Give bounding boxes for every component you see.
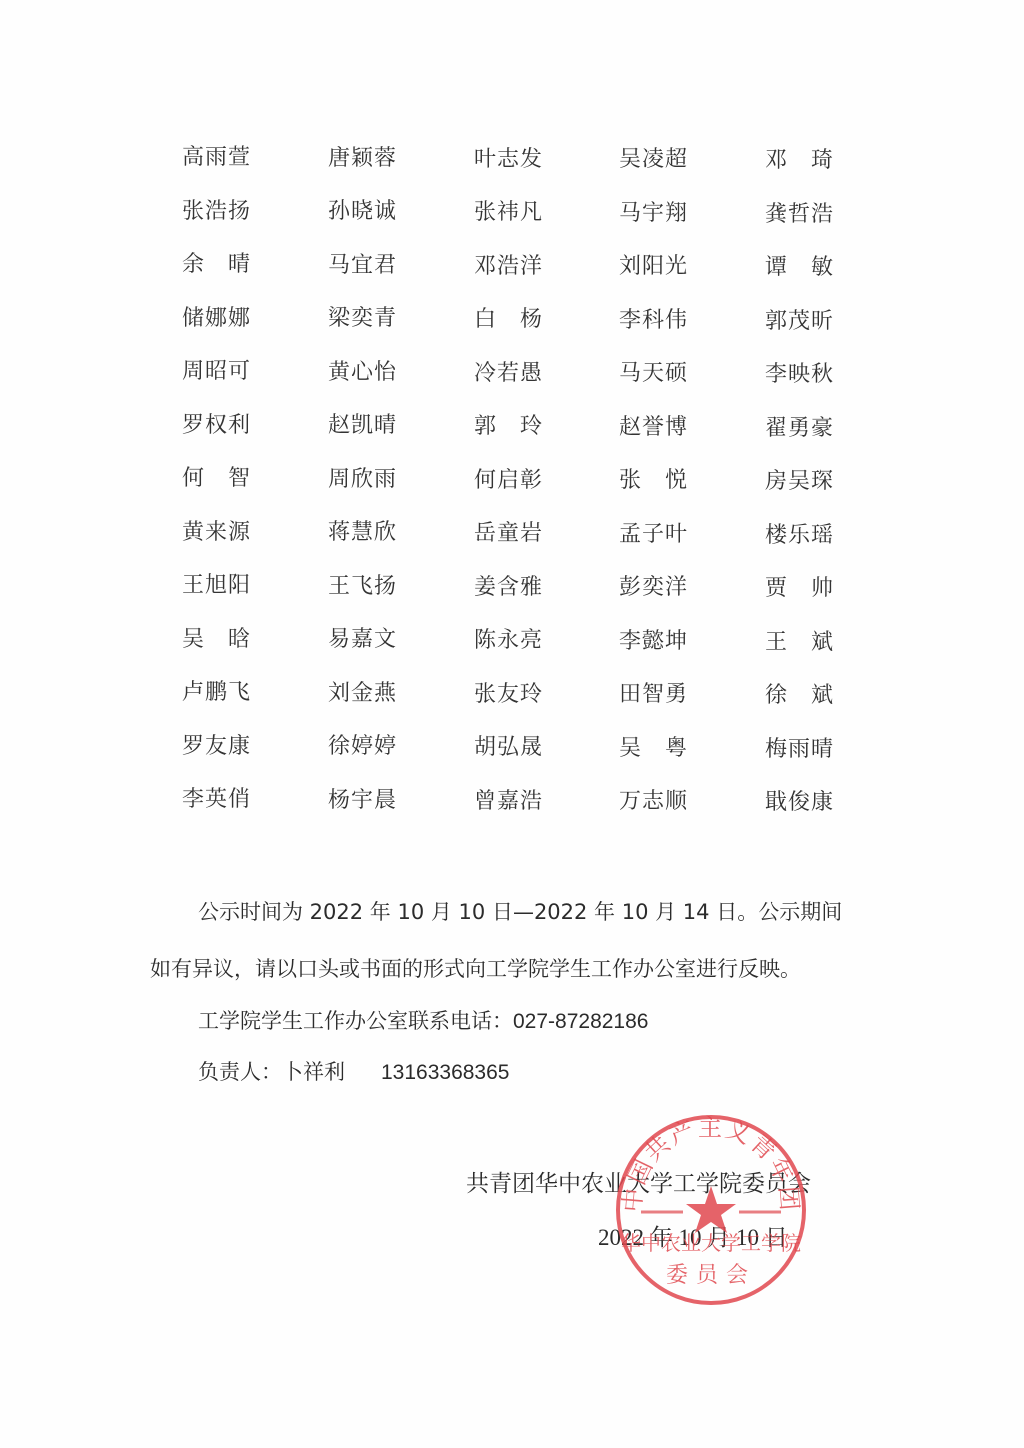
responsible-phone: 13163368365: [381, 1061, 509, 1084]
names-row: 王旭阳王飞扬姜含雅彭奕洋贾 帅: [0, 566, 1024, 606]
name-cell: 张友玲: [474, 675, 543, 715]
name-cell: 张 悦: [619, 461, 688, 501]
name-cell: 龚哲浩: [765, 195, 834, 235]
names-row: 何 智周欣雨何启彰张 悦房吴琛: [0, 459, 1024, 499]
name-cell: 张祎凡: [474, 193, 543, 233]
name-cell: 梁奕青: [328, 299, 397, 339]
name-cell: 余 晴: [182, 245, 251, 285]
name-cell: 曾嘉浩: [474, 782, 543, 822]
name-cell: 黄来源: [182, 513, 251, 553]
name-cell: 刘金燕: [328, 674, 397, 714]
name-cell: 罗权利: [182, 406, 251, 446]
name-cell: 李科伟: [619, 301, 688, 341]
name-cell: 谭 敏: [765, 248, 834, 288]
names-row: 高雨萱唐颖蓉叶志发吴凌超邓 琦: [0, 138, 1024, 178]
document-page: 高雨萱唐颖蓉叶志发吴凌超邓 琦张浩扬孙晓诚张祎凡马宇翔龚哲浩余 晴马宜君邓浩洋刘…: [0, 0, 1024, 1448]
name-cell: 赵凯晴: [328, 406, 397, 446]
names-row: 卢鹏飞刘金燕张友玲田智勇徐 斌: [0, 673, 1024, 713]
notice-line-2: 如有异议，请以口头或书面的形式向工学院学生工作办公室进行反映。: [150, 954, 801, 984]
name-cell: 徐婷婷: [328, 727, 397, 767]
name-cell: 邓 琦: [765, 141, 834, 181]
names-row: 李英俏杨宇晨曾嘉浩万志顺戢俊康: [0, 780, 1024, 820]
contact-line: 工学院学生工作办公室联系电话：027-87282186: [198, 1006, 648, 1037]
name-cell: 郭 玲: [474, 407, 543, 447]
seal-inner-text: 华中农业大学工学院: [621, 1231, 801, 1255]
names-row: 吴 晗易嘉文陈永亮李懿坤王 斌: [0, 620, 1024, 660]
name-cell: 罗友康: [182, 727, 251, 767]
name-cell: 张浩扬: [182, 192, 251, 232]
name-cell: 田智勇: [619, 675, 688, 715]
name-cell: 赵誉博: [619, 408, 688, 448]
name-cell: 吴 晗: [182, 620, 251, 660]
responsible-label: 负责人：: [198, 1060, 282, 1084]
name-cell: 刘阳光: [619, 247, 688, 287]
name-cell: 高雨萱: [182, 138, 251, 178]
name-cell: 郭茂昕: [765, 302, 834, 342]
name-cell: 卢鹏飞: [182, 673, 251, 713]
name-cell: 胡弘晟: [474, 728, 543, 768]
name-cell: 周昭可: [182, 352, 251, 392]
names-row: 罗权利赵凯晴郭 玲赵誉博翟勇豪: [0, 406, 1024, 446]
name-cell: 陈永亮: [474, 621, 543, 661]
name-cell: 唐颖蓉: [328, 139, 397, 179]
contact-phone: 027-87282186: [513, 1010, 648, 1033]
name-cell: 彭奕洋: [619, 568, 688, 608]
name-cell: 易嘉文: [328, 620, 397, 660]
name-cell: 马天硕: [619, 354, 688, 394]
names-row: 黄来源蒋慧欣岳童岩孟子叶楼乐瑶: [0, 513, 1024, 553]
name-cell: 贾 帅: [765, 569, 834, 609]
name-cell: 岳童岩: [474, 514, 543, 554]
name-cell: 马宇翔: [619, 194, 688, 234]
name-cell: 李懿坤: [619, 622, 688, 662]
name-cell: 姜含雅: [474, 568, 543, 608]
contact-label: 工学院学生工作办公室联系电话：: [198, 1009, 513, 1033]
name-cell: 杨宇晨: [328, 781, 397, 821]
name-cell: 蒋慧欣: [328, 513, 397, 553]
name-cell: 孙晓诚: [328, 192, 397, 232]
names-row: 罗友康徐婷婷胡弘晟吴 粤梅雨晴: [0, 727, 1024, 767]
names-row: 储娜娜梁奕青白 杨李科伟郭茂昕: [0, 299, 1024, 339]
name-cell: 马宜君: [328, 246, 397, 286]
name-cell: 周欣雨: [328, 460, 397, 500]
name-cell: 何 智: [182, 459, 251, 499]
name-cell: 叶志发: [474, 140, 543, 180]
name-cell: 徐 斌: [765, 676, 834, 716]
name-cell: 黄心怡: [328, 353, 397, 393]
names-row: 张浩扬孙晓诚张祎凡马宇翔龚哲浩: [0, 192, 1024, 232]
seal-icon: 中国共产主义青年团 华中农业大学工学院 委员会: [613, 1112, 809, 1308]
name-cell: 李英俏: [182, 780, 251, 820]
name-cell: 白 杨: [474, 300, 543, 340]
name-cell: 王 斌: [765, 623, 834, 663]
official-seal: 中国共产主义青年团 华中农业大学工学院 委员会: [613, 1112, 809, 1308]
name-cell: 邓浩洋: [474, 247, 543, 287]
name-cell: 王旭阳: [182, 566, 251, 606]
name-cell: 吴凌超: [619, 140, 688, 180]
seal-bottom-text: 委员会: [666, 1263, 756, 1288]
name-cell: 万志顺: [619, 782, 688, 822]
name-cell: 冷若愚: [474, 354, 543, 394]
name-cell: 翟勇豪: [765, 409, 834, 449]
name-cell: 孟子叶: [619, 515, 688, 555]
name-cell: 房吴琛: [765, 462, 834, 502]
name-cell: 王飞扬: [328, 567, 397, 607]
name-cell: 戢俊康: [765, 783, 834, 823]
name-cell: 梅雨晴: [765, 730, 834, 770]
name-cell: 吴 粤: [619, 729, 688, 769]
notice-line-1: 公示时间为 2022 年 10 月 10 日—2022 年 10 月 14 日。…: [198, 897, 842, 927]
responsible-name: 卜祥利: [282, 1060, 345, 1084]
name-cell: 何启彰: [474, 461, 543, 501]
name-cell: 楼乐瑶: [765, 516, 834, 556]
name-cell: 李映秋: [765, 355, 834, 395]
names-row: 周昭可黄心怡冷若愚马天硕李映秋: [0, 352, 1024, 392]
names-row: 余 晴马宜君邓浩洋刘阳光谭 敏: [0, 245, 1024, 285]
responsible-line: 负责人：卜祥利13163368365: [198, 1057, 509, 1088]
name-cell: 储娜娜: [182, 299, 251, 339]
